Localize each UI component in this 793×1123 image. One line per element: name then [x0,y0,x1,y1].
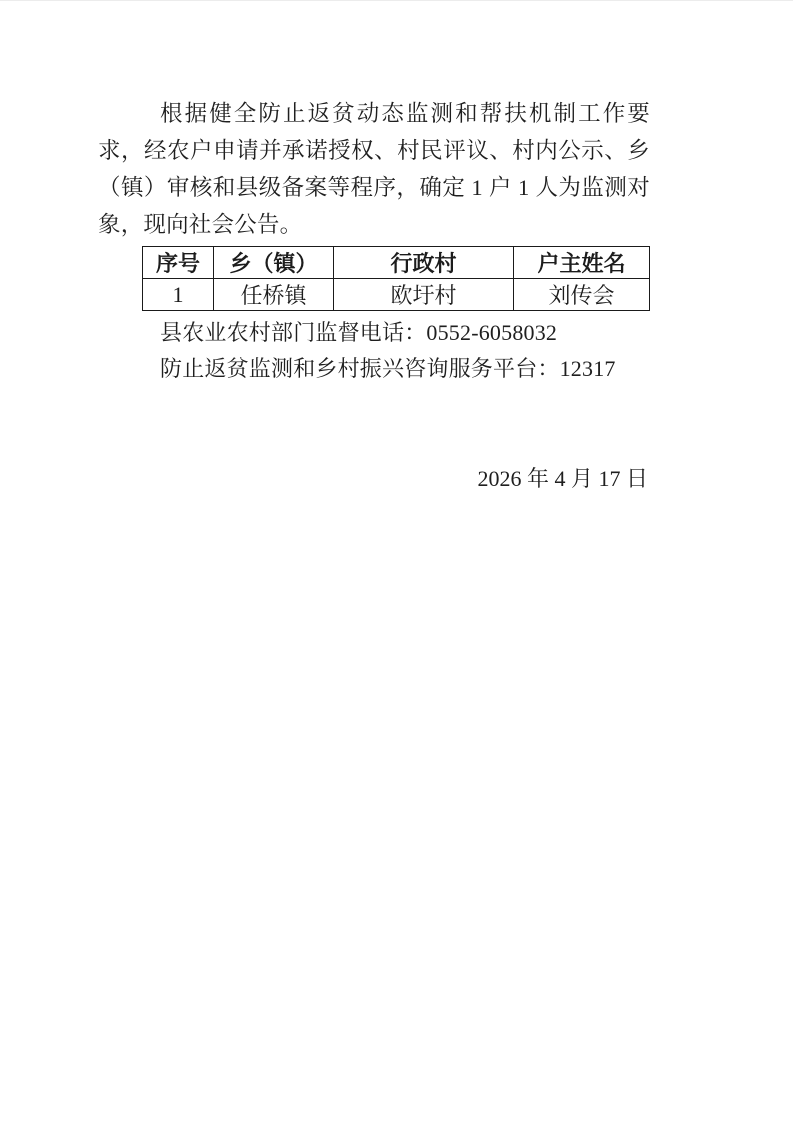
service-platform-line: 防止返贫监测和乡村振兴咨询服务平台：12317 [160,355,616,383]
cell-village: 欧圩村 [334,279,514,311]
announcement-paragraph: 根据健全防止返贫动态监测和帮扶机制工作要求，经农户申请并承诺授权、村民评议、村内… [98,95,650,243]
supervision-phone-line: 县农业农村部门监督电话：0552-6058032 [160,319,557,347]
date-line: 2026 年 4 月 17 日 [477,464,648,494]
table-header-row: 序号 乡（镇） 行政村 户主姓名 [143,247,650,279]
header-village: 行政村 [334,247,514,279]
header-town: 乡（镇） [214,247,334,279]
document-page: 根据健全防止返贫动态监测和帮扶机制工作要求，经农户申请并承诺授权、村民评议、村内… [0,0,793,1123]
monitoring-subjects-table: 序号 乡（镇） 行政村 户主姓名 1 任桥镇 欧圩村 刘传会 [142,246,650,311]
cell-serial-number: 1 [143,279,214,311]
cell-town: 任桥镇 [214,279,334,311]
header-householder-name: 户主姓名 [514,247,650,279]
table-row: 1 任桥镇 欧圩村 刘传会 [143,279,650,311]
header-serial-number: 序号 [143,247,214,279]
cell-householder-name: 刘传会 [514,279,650,311]
